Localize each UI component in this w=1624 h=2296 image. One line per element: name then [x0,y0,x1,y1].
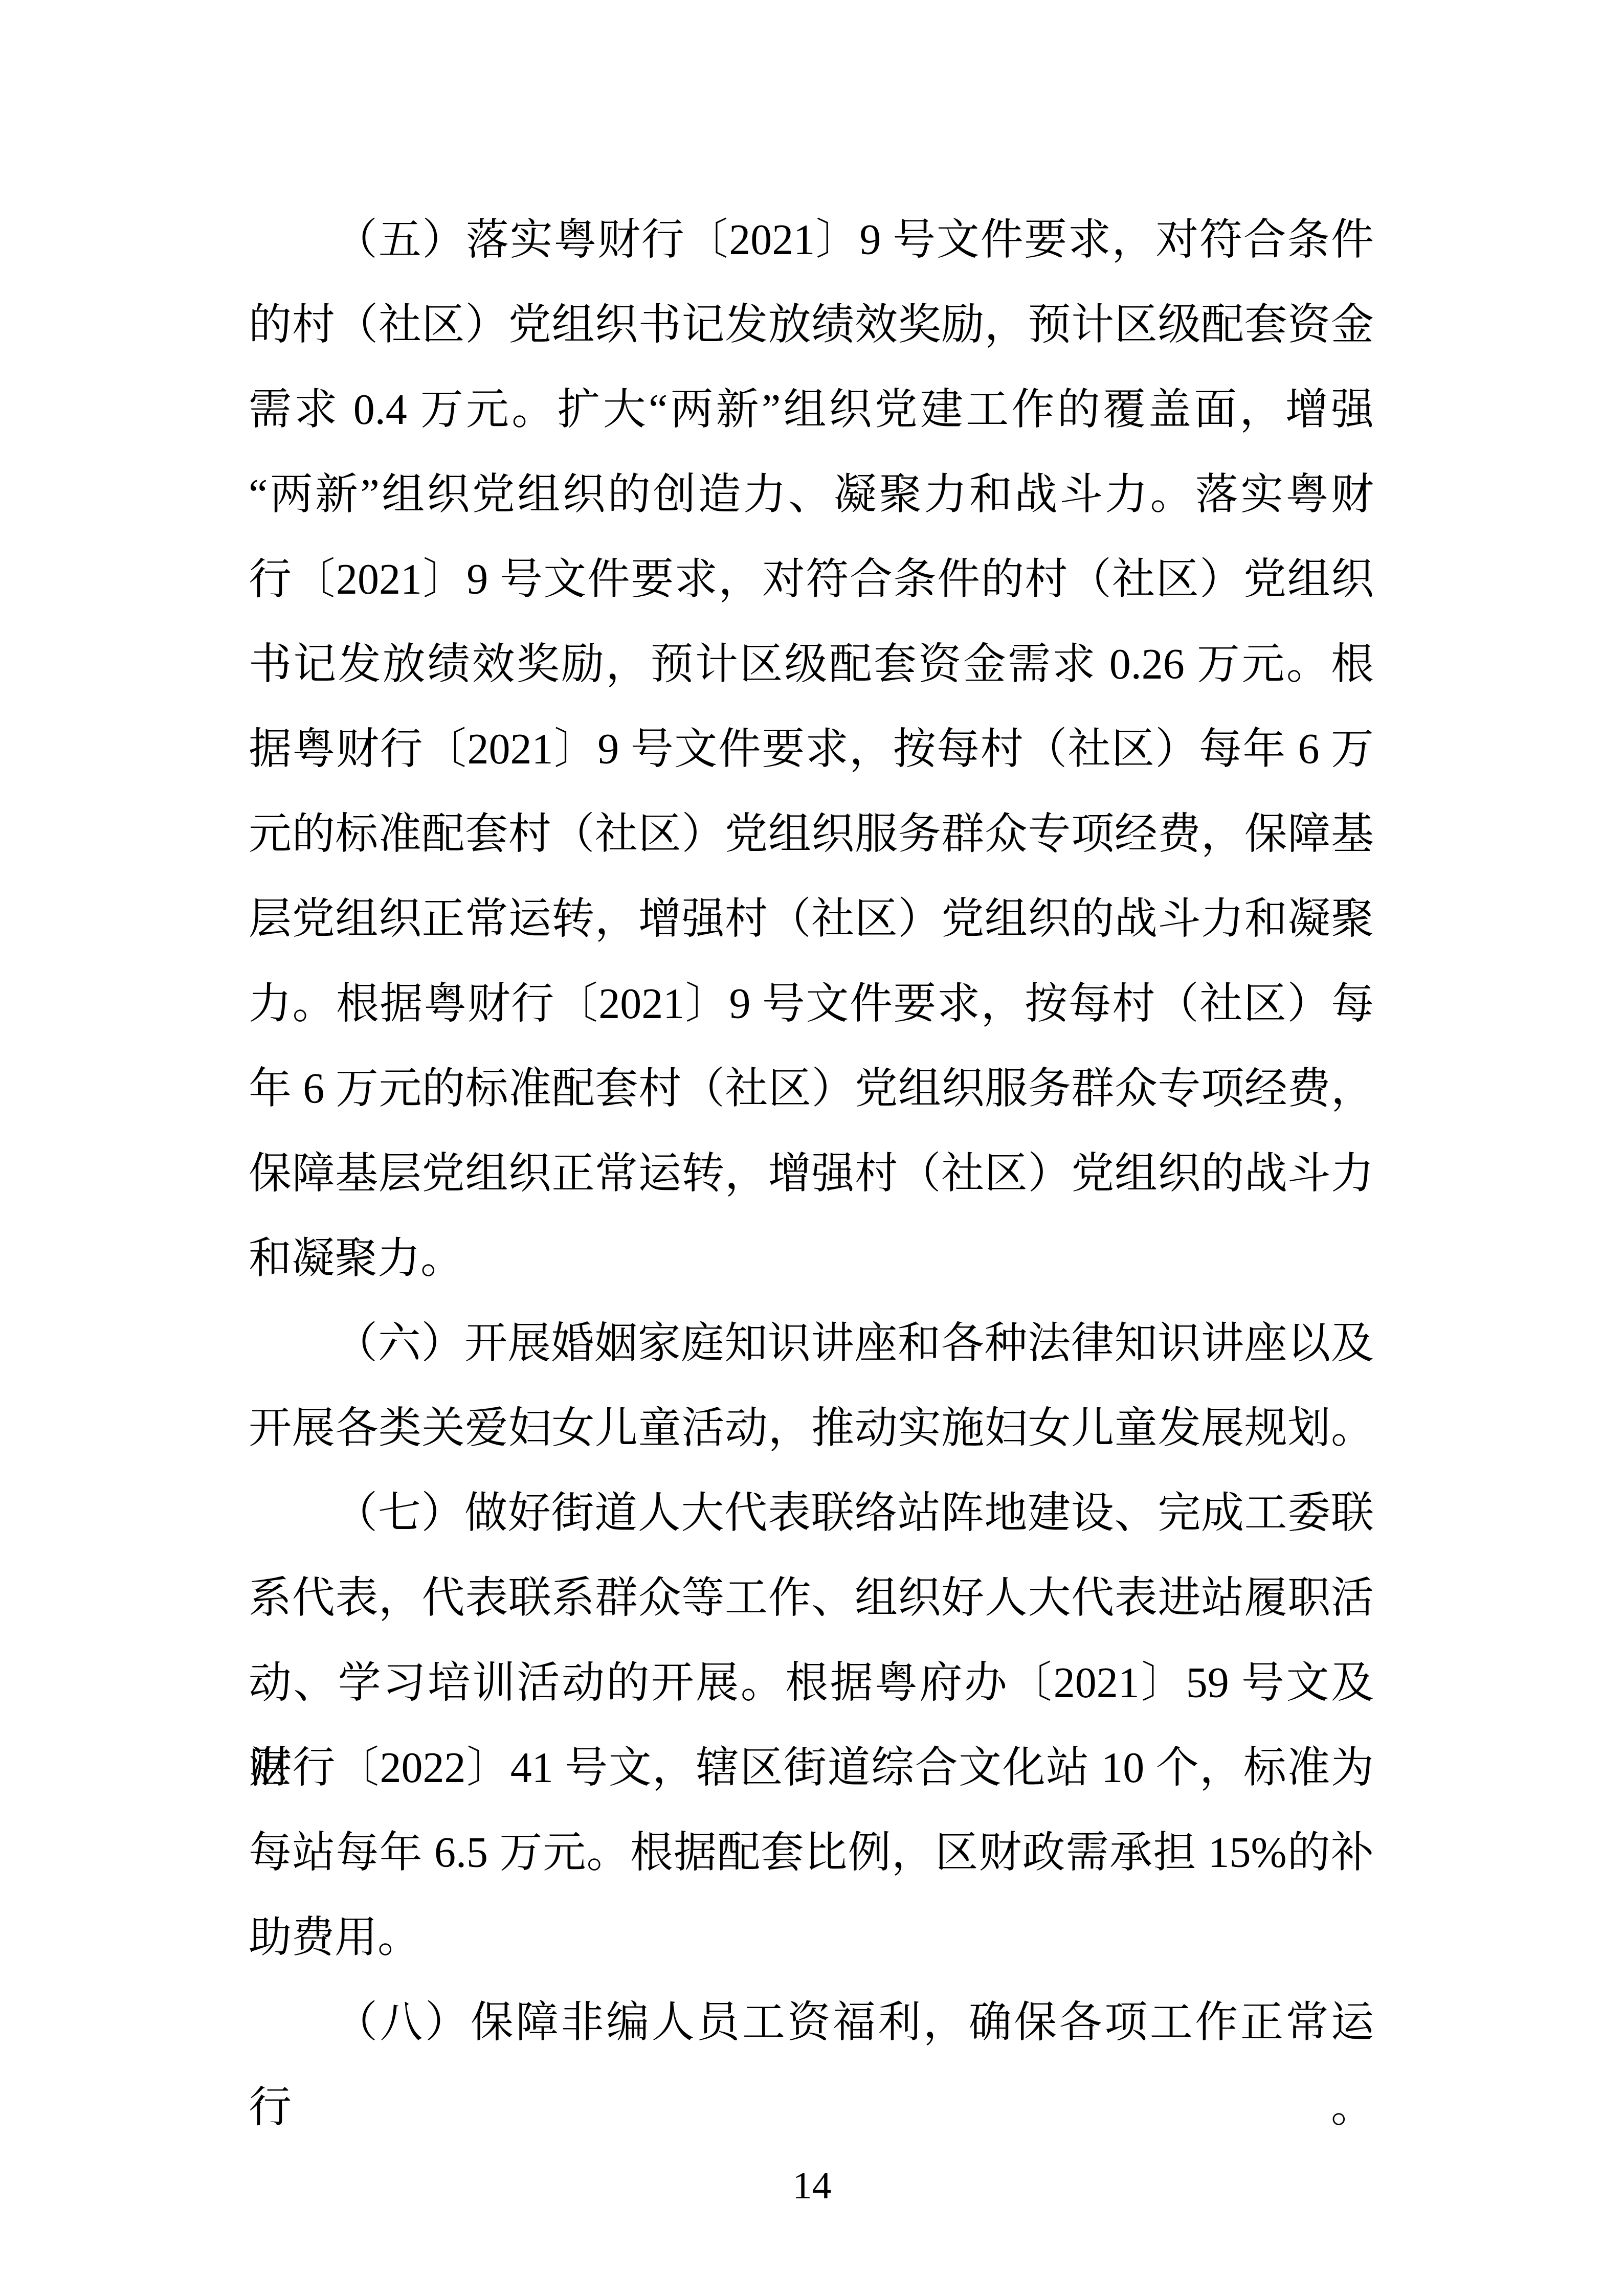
document-text-block: （五）落实粤财行〔2021〕9 号文件要求，对符合条件 的村（社区）党组织书记发… [249,198,1374,2065]
text-line: 行〔2021〕9 号文件要求，对符合条件的村（社区）党组织 [249,537,1374,622]
text-line: 系代表，代表联系群众等工作、组织好人大代表进站履职活 [249,1556,1374,1641]
text-line: 年 6 万元的标准配套村（社区）党组织服务群众专项经费， [249,1047,1374,1132]
text-line: 财行〔2022〕41 号文，辖区街道综合文化站 10 个，标准为 [249,1726,1374,1811]
text-line: 力。根据粤财行〔2021〕9 号文件要求，按每村（社区）每 [249,962,1374,1047]
text-line: “两新”组织党组织的创造力、凝聚力和战斗力。落实粤财 [249,453,1374,537]
text-line: 保障基层党组织正常运转，增强村（社区）党组织的战斗力 [249,1132,1374,1217]
text-line: 需求 0.4 万元。扩大“两新”组织党建工作的覆盖面，增强 [249,368,1374,453]
text-line: 元的标准配套村（社区）党组织服务群众专项经费，保障基 [249,792,1374,877]
text-line: 层党组织正常运转，增强村（社区）党组织的战斗力和凝聚 [249,877,1374,962]
text-line: 每站每年 6.5 万元。根据配套比例，区财政需承担 15%的补 [249,1811,1374,1896]
text-line: （七）做好街道人大代表联络站阵地建设、完成工委联 [249,1471,1374,1556]
text-line: （六）开展婚姻家庭知识讲座和各种法律知识讲座以及 [249,1301,1374,1386]
text-line: 书记发放绩效奖励，预计区级配套资金需求 0.26 万元。根 [249,622,1374,707]
text-line: （八）保障非编人员工资福利，确保各项工作正常运行。 [249,1980,1374,2065]
text-line: 动、学习培训活动的开展。根据粤府办〔2021〕59 号文及湛 [249,1641,1374,1726]
text-line: 助费用。 [249,1896,1374,1980]
text-line: （五）落实粤财行〔2021〕9 号文件要求，对符合条件 [249,198,1374,283]
page-number: 14 [0,2155,1624,2216]
text-line: 据粤财行〔2021〕9 号文件要求，按每村（社区）每年 6 万 [249,707,1374,792]
text-line: 开展各类关爱妇女儿童活动，推动实施妇女儿童发展规划。 [249,1386,1374,1471]
text-line: 的村（社区）党组织书记发放绩效奖励，预计区级配套资金 [249,283,1374,368]
text-line: 和凝聚力。 [249,1217,1374,1301]
document-page: （五）落实粤财行〔2021〕9 号文件要求，对符合条件 的村（社区）党组织书记发… [0,0,1624,2296]
